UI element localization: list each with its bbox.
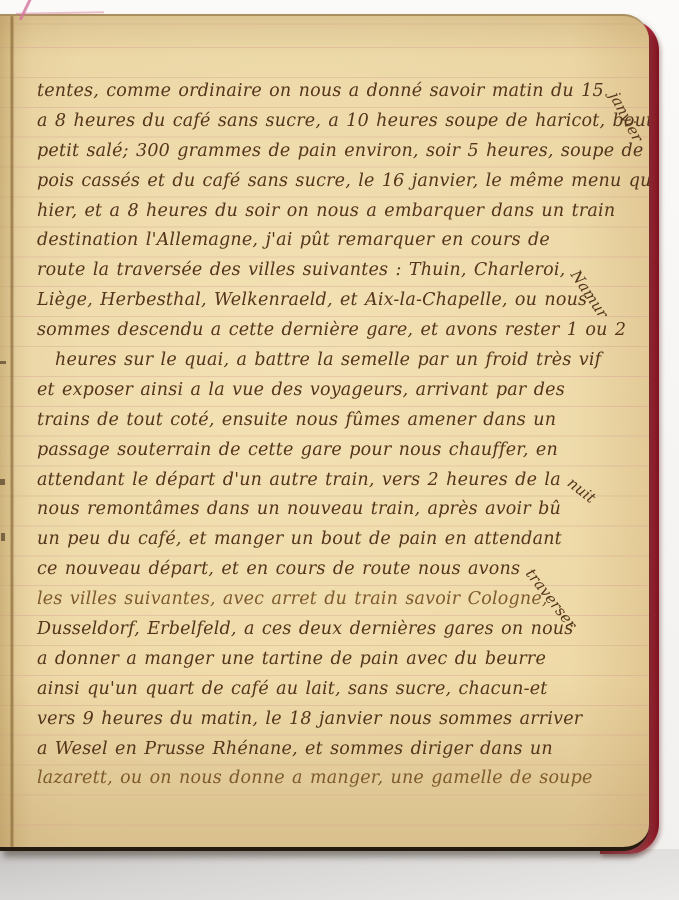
handwritten-line: petit salé; 300 grammes de pain environ,… — [37, 137, 639, 167]
handwritten-line: route la traversée des villes suivantes … — [37, 256, 639, 286]
handwritten-line: tentes, comme ordinaire on nous a donné … — [37, 77, 639, 107]
handwritten-line: destination l'Allemagne, j'ai pût remarq… — [37, 226, 639, 256]
stray-ink-mark — [0, 479, 5, 485]
handwritten-line: heures sur le quai, a battre la semelle … — [37, 346, 639, 376]
stray-ink-mark — [0, 361, 6, 364]
notebook-page: tentes, comme ordinaire on nous a donné … — [0, 14, 649, 851]
handwritten-line: un peu du café, et manger un bout de pai… — [37, 525, 639, 555]
binding-crease — [10, 16, 14, 847]
handwritten-line: passage souterrain de cette gare pour no… — [37, 436, 639, 466]
handwritten-line: ce nouveau départ, et en cours de route … — [37, 555, 639, 585]
handwritten-line: trains de tout coté, ensuite nous fûmes … — [37, 406, 639, 436]
stray-ink-mark — [1, 533, 5, 541]
handwritten-line: et exposer ainsi a la vue des voyageurs,… — [37, 376, 639, 406]
handwritten-line: hier, et a 8 heures du soir on nous a em… — [37, 197, 639, 227]
handwritten-text: tentes, comme ordinaire on nous a donné … — [37, 77, 639, 794]
handwritten-line: a donner a manger une tartine de pain av… — [37, 645, 639, 675]
handwritten-line: a 8 heures du café sans sucre, a 10 heur… — [37, 107, 639, 137]
handwritten-line: a Wesel en Prusse Rhénane, et sommes dir… — [37, 735, 639, 765]
handwritten-line: Dusseldorf, Erbelfeld, a ces deux derniè… — [37, 615, 639, 645]
handwritten-line: attendant le départ d'un autre train, ve… — [37, 466, 639, 496]
handwritten-line: Liège, Herbesthal, Welkenraeld, et Aix-l… — [37, 286, 639, 316]
desk-shadow — [0, 849, 679, 900]
handwritten-line: pois cassés et du café sans sucre, le 16… — [37, 167, 639, 197]
handwritten-line: ainsi qu'un quart de café au lait, sans … — [37, 675, 639, 705]
handwritten-line: lazarett, ou on nous donne a manger, une… — [37, 764, 639, 794]
scanned-diary-photo: tentes, comme ordinaire on nous a donné … — [0, 0, 679, 900]
handwritten-line: les villes suivantes, avec arret du trai… — [37, 585, 639, 615]
handwritten-line: sommes descendu a cette dernière gare, e… — [37, 316, 639, 346]
handwritten-line: vers 9 heures du matin, le 18 janvier no… — [37, 705, 639, 735]
handwritten-line: nous remontâmes dans un nouveau train, a… — [37, 495, 639, 525]
